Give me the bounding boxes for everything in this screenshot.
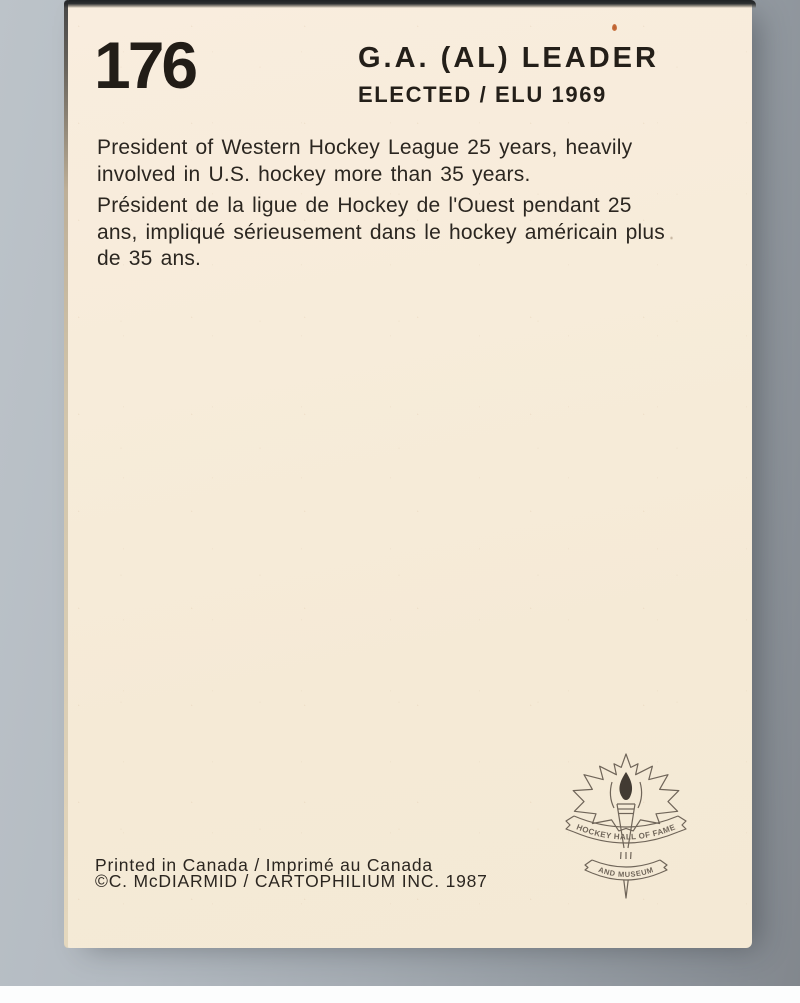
paper-speck (670, 236, 673, 240)
banner-top-text: HOCKEY HALL OF FAME (575, 822, 677, 841)
print-speck (612, 24, 617, 31)
player-name: G.A. (AL) LEADER (358, 44, 659, 73)
elected-year-line: ELECTED / ELU 1969 (358, 84, 659, 106)
bio-french: Président de la ligue de Hockey de l'Oue… (97, 193, 665, 273)
card-left-edge-shadow (64, 0, 68, 948)
torch-flame-icon (619, 772, 632, 800)
card-number: 176 (94, 32, 195, 98)
trading-card-back: 176 G.A. (AL) LEADER ELECTED / ELU 1969 … (64, 0, 752, 948)
footer-block: Printed in Canada / Imprimé au Canada ©C… (95, 858, 488, 890)
bio-block: President of Western Hockey League 25 ye… (97, 135, 665, 273)
card-photo: 176 G.A. (AL) LEADER ELECTED / ELU 1969 … (0, 0, 800, 1003)
hockey-hall-of-fame-logo-icon: HOCKEY HALL OF FAME AND MUSEUM (562, 748, 690, 900)
card-top-edge-shadow (64, 0, 756, 8)
bio-english: President of Western Hockey League 25 ye… (97, 135, 665, 188)
title-block: G.A. (AL) LEADER ELECTED / ELU 1969 (358, 44, 659, 106)
svg-text:HOCKEY HALL OF FAME: HOCKEY HALL OF FAME (575, 822, 677, 841)
copyright-line: ©C. McDIARMID / CARTOPHILIUM INC. 1987 (95, 874, 488, 890)
photo-bottom-margin (0, 986, 800, 1003)
torch-icon (617, 804, 635, 898)
